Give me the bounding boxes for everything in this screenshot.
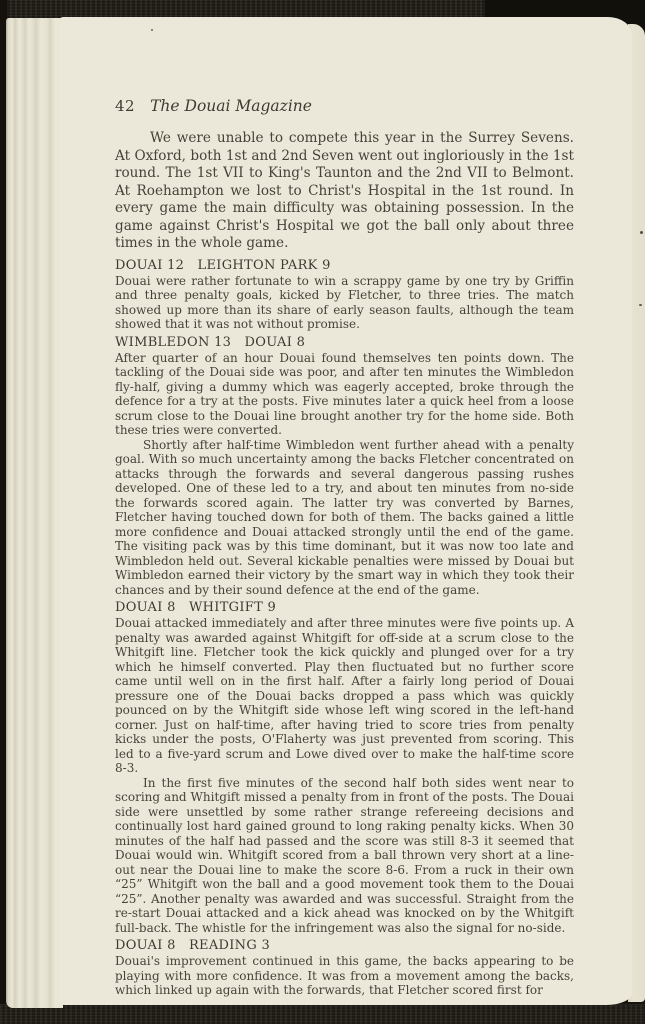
match-paragraph: In the first five minutes of the second …	[115, 776, 574, 936]
match-heading: WIMBLEDON 13 DOUAI 8	[115, 335, 574, 350]
match-heading: DOUAI 12 LEIGHTON PARK 9	[115, 258, 574, 273]
journal-title: The Douai Magazine	[150, 97, 312, 115]
match-paragraph: Douai attacked immediately and after thr…	[115, 616, 574, 776]
page-number: 42	[115, 97, 135, 115]
match-paragraph: After quarter of an hour Douai found the…	[115, 351, 574, 438]
match-report-reading: DOUAI 8 READING 3 Douai's improvement co…	[115, 938, 574, 998]
match-paragraph: Douai's improvement continued in this ga…	[115, 954, 574, 998]
scan-speck	[640, 231, 643, 234]
match-paragraph: Douai were rather fortunate to win a scr…	[115, 274, 574, 332]
book-cover-bottom-band	[0, 1004, 645, 1024]
match-paragraph: Shortly after half-time Wimbledon went f…	[115, 438, 574, 598]
match-report-whitgift: DOUAI 8 WHITGIFT 9 Douai attacked immedi…	[115, 600, 574, 935]
stacked-page-edges	[6, 18, 63, 1008]
scan-speck	[151, 29, 153, 31]
match-heading: DOUAI 8 READING 3	[115, 938, 574, 953]
match-heading: DOUAI 8 WHITGIFT 9	[115, 600, 574, 615]
page-header: 42 The Douai Magazine	[115, 97, 574, 117]
match-report-wimbledon: WIMBLEDON 13 DOUAI 8 After quarter of an…	[115, 335, 574, 598]
match-report-leighton-park: DOUAI 12 LEIGHTON PARK 9 Douai were rath…	[115, 258, 574, 332]
scan-speck	[639, 304, 642, 306]
intro-paragraph: We were unable to compete this year in t…	[115, 130, 574, 253]
scanned-book-photo: 42 The Douai Magazine We were unable to …	[0, 0, 645, 1024]
magazine-page: 42 The Douai Magazine We were unable to …	[60, 17, 632, 1005]
